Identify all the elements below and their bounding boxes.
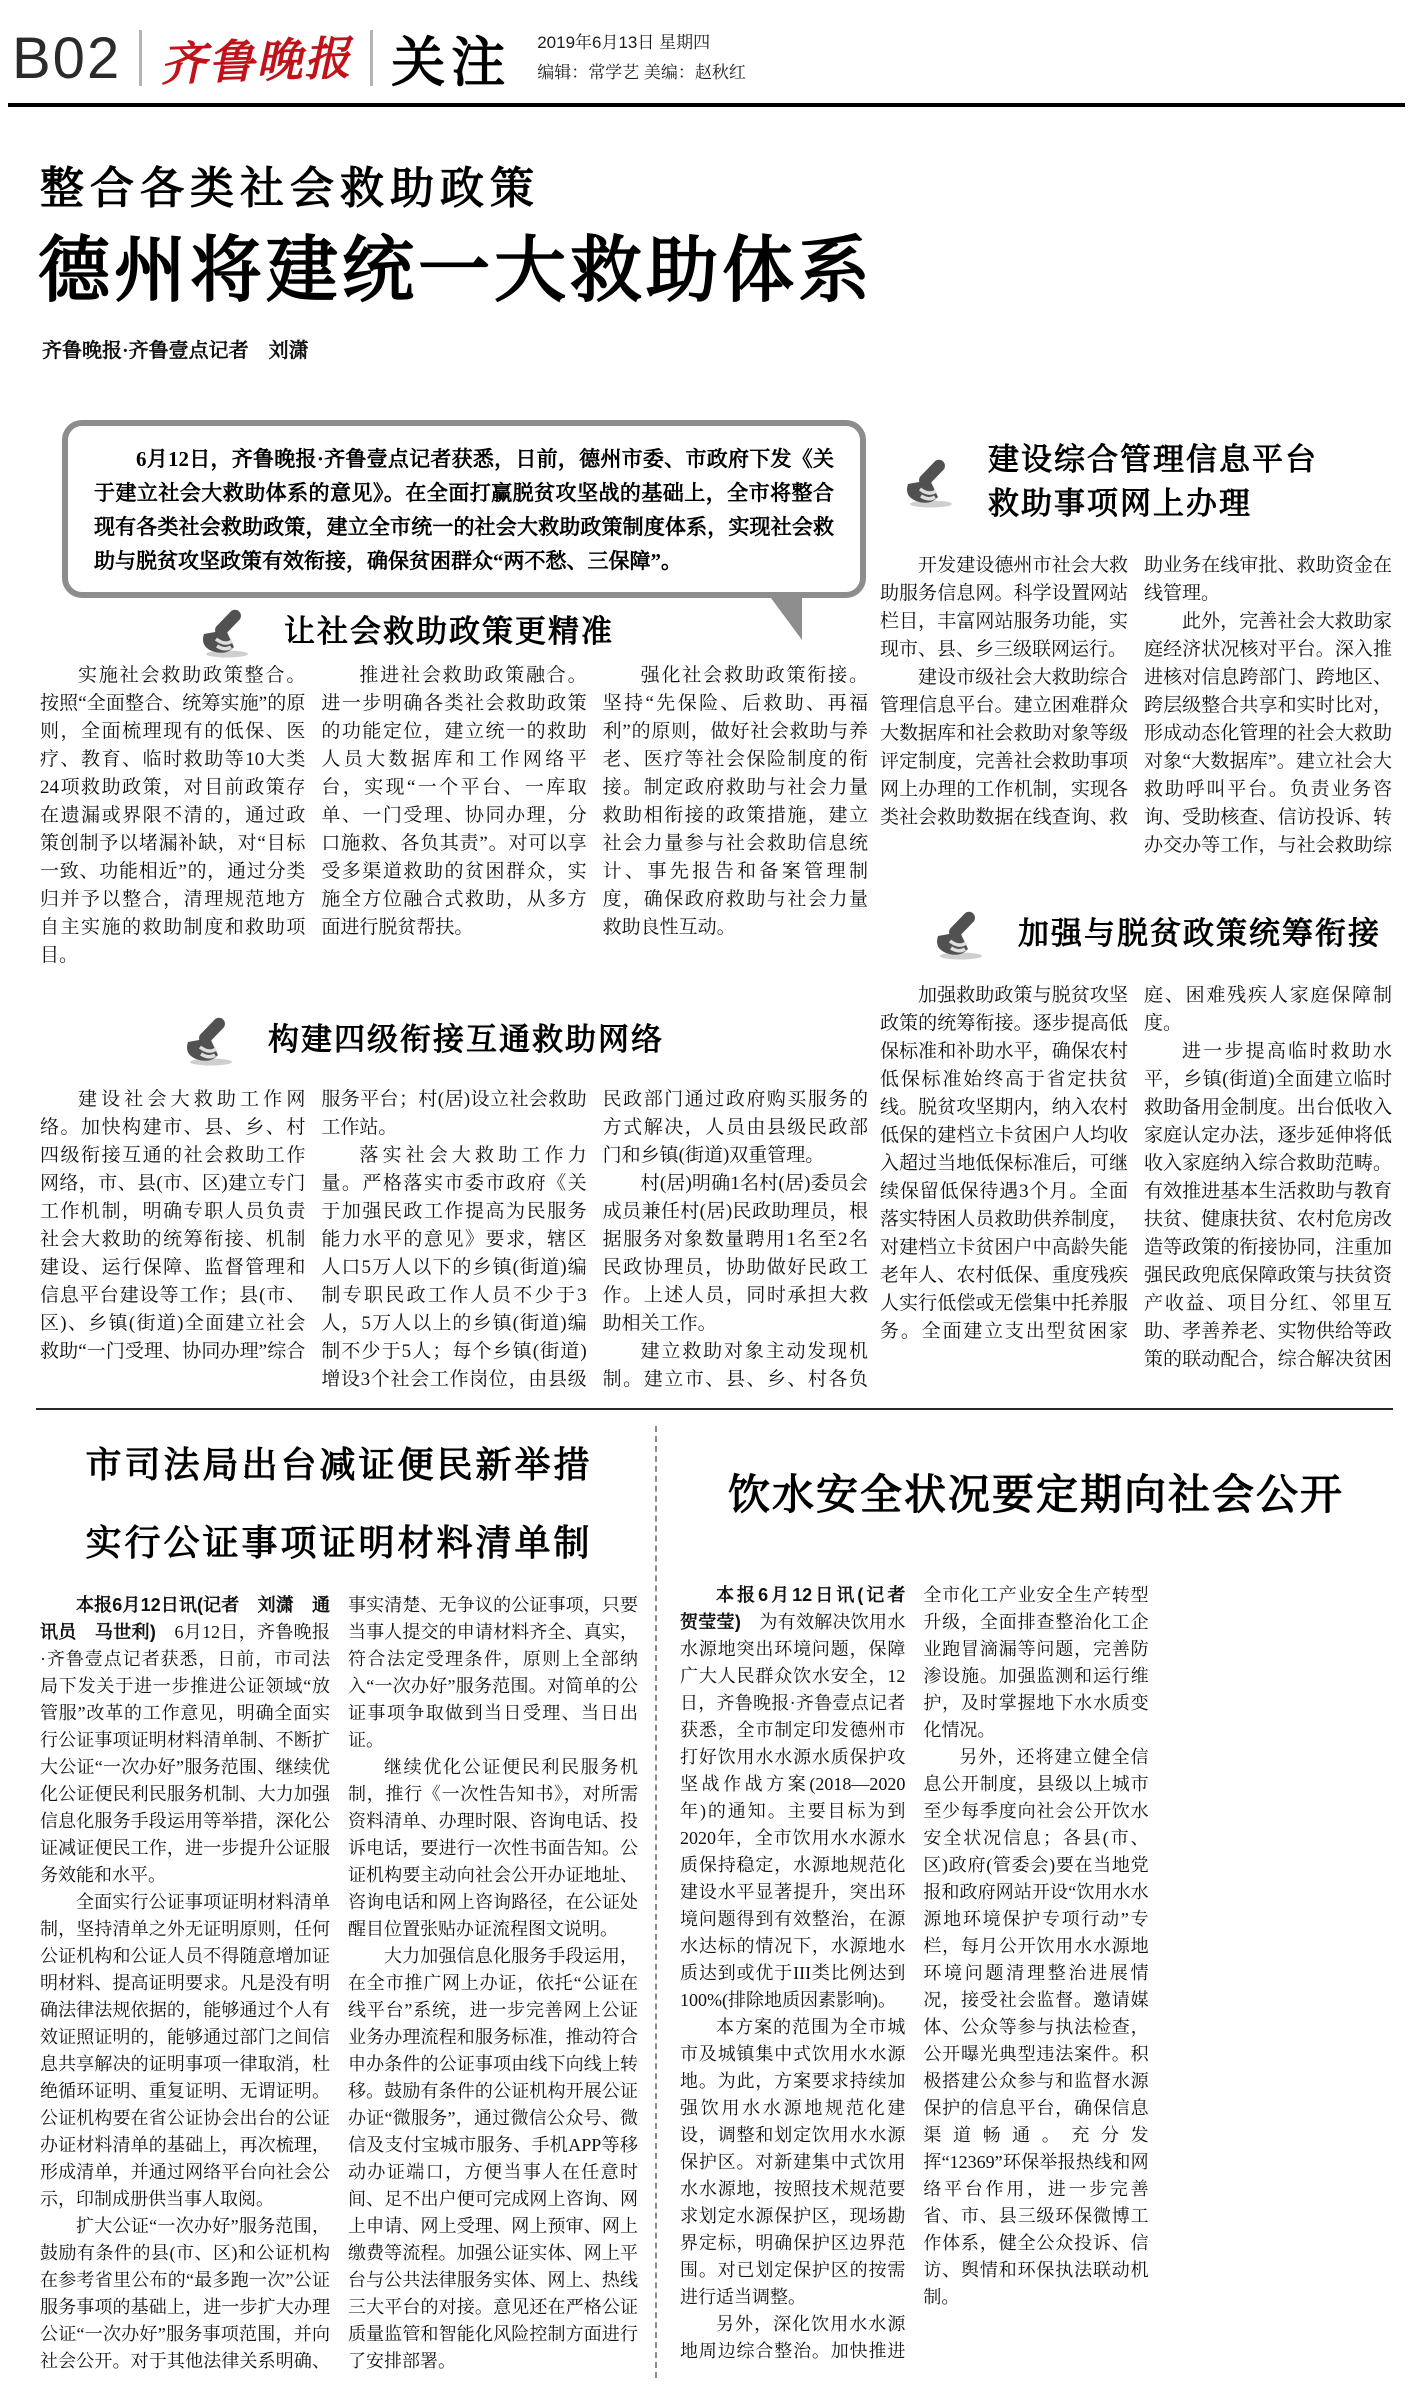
staff-line: 编辑：常学艺 美编：赵秋红 bbox=[537, 58, 746, 88]
section-title: 建设综合管理信息平台 救助事项网上办理 bbox=[988, 438, 1318, 526]
section-header-3: 建设综合管理信息平台 救助事项网上办理 bbox=[900, 438, 1318, 526]
section-header-1: 让社会救助政策更精准 bbox=[196, 606, 614, 658]
paragraph: 大力加强信息化服务手段运用，在全市推广网上办证，依托“公证在线平台”系统，进一步… bbox=[348, 1943, 638, 2375]
section-title: 构建四级衔接互通救助网络 bbox=[268, 1018, 664, 1062]
section-2-body: 建设社会大救助工作网络。加快构建市、县、乡、村四级衔接互通的社会救助工作网络，市… bbox=[40, 1086, 868, 1404]
paragraph: 本方案的范围为全市城市及城镇集中式饮用水水源地。为此，方案要求持续加强饮用水水源… bbox=[680, 2014, 905, 2311]
pointing-hand-icon bbox=[196, 606, 258, 658]
section-title-line1: 建设综合管理信息平台 bbox=[988, 438, 1318, 482]
lead-summary-text: 6月12日，齐鲁晚报·齐鲁壹点记者获悉，日前，德州市委、市政府下发《关于建立社会… bbox=[94, 442, 834, 578]
lead-kicker: 整合各类社会救助政策 bbox=[40, 152, 540, 216]
paragraph: 开发建设德州市社会大救助服务信息网。科学设置网站栏目，丰富网站服务功能，实现市、… bbox=[880, 552, 1128, 664]
bubble-tail bbox=[768, 594, 802, 640]
paragraph: 另外，还将建立健全信息公开制度，县级以上城市至少每季度向社会公开饮水安全状况信息… bbox=[923, 1744, 1148, 2311]
section-title: 加强与脱贫政策统筹衔接 bbox=[1018, 912, 1381, 956]
mid-rule bbox=[36, 1408, 1393, 1410]
paragraph: 本报6月12日讯(记者 刘潇 通讯员 马世利) 6月12日，齐鲁晚报·齐鲁壹点记… bbox=[40, 1592, 330, 1889]
bottom-right-body: 本报6月12日讯(记者 贺莹莹) 为有效解决饮用水水源地突出环境问题，保障广大人… bbox=[680, 1582, 1392, 2380]
paragraph: 全面实行公证事项证明材料清单制，坚持清单之外无证明原则，任何公证机构和公证人员不… bbox=[40, 1889, 330, 2213]
bottom-left-body: 本报6月12日讯(记者 刘潇 通讯员 马世利) 6月12日，齐鲁晚报·齐鲁壹点记… bbox=[40, 1592, 638, 2380]
section-title: 让社会救助政策更精准 bbox=[284, 610, 614, 654]
masthead-divider bbox=[370, 30, 373, 86]
pointing-hand-icon bbox=[900, 456, 962, 508]
section-name: 关注 bbox=[391, 20, 511, 97]
paragraph: 进一步提高临时救助水平，乡镇(街道)全面建立临时救助备用金制度。出台低收入家庭认… bbox=[1144, 982, 1392, 1396]
lead-byline: 齐鲁晚报·齐鲁壹点记者 刘潇 bbox=[42, 334, 309, 363]
paragraph: 村(居)明确1名村(居)委员会成员兼任村(居)民政助理员，根据服务对象数量聘用1… bbox=[603, 1170, 868, 1338]
pointing-hand-icon bbox=[930, 908, 992, 960]
page-number: B02 bbox=[12, 25, 121, 92]
date-line: 2019年6月13日 星期四 bbox=[537, 28, 746, 58]
section-3-body: 开发建设德州市社会大救助服务信息网。科学设置网站栏目，丰富网站服务功能，实现市、… bbox=[880, 552, 1392, 886]
paragraph: 继续优化公证便民利民服务机制，推行《一次性告知书》，对所需资料清单、办理时限、咨… bbox=[348, 1754, 638, 1943]
section-header-4: 加强与脱贫政策统筹衔接 bbox=[930, 908, 1381, 960]
article-divider-dashed bbox=[655, 1426, 657, 2378]
paragraph-text: 为有效解决饮用水水源地突出环境问题，保障广大人民群众饮水安全，12日，齐鲁晚报·… bbox=[680, 1612, 905, 2010]
newspaper-page: B02 齐鲁晚报 关注 2019年6月13日 星期四 编辑：常学艺 美编：赵秋红… bbox=[0, 0, 1413, 2395]
lead-summary-bubble: 6月12日，齐鲁晚报·齐鲁壹点记者获悉，日前，德州市委、市政府下发《关于建立社会… bbox=[62, 420, 866, 598]
section-title-line2: 救助事项网上办理 bbox=[988, 482, 1318, 526]
paragraph: 强化社会救助政策衔接。坚持“先保险、后救助、再福利”的原则，做好社会救助与养老、… bbox=[603, 662, 868, 942]
paragraph: 实施社会救助政策整合。按照“全面整合、统筹实施”的原则，全面梳理现有的低保、医疗… bbox=[40, 662, 305, 970]
paragraph: 本报6月12日讯(记者 贺莹莹) 为有效解决饮用水水源地突出环境问题，保障广大人… bbox=[680, 1582, 905, 2014]
lead-headline: 德州将建统一大救助体系 bbox=[38, 212, 888, 316]
pointing-hand-icon bbox=[180, 1014, 242, 1066]
bottom-right-headline: 饮水安全状况要定期向社会公开 bbox=[680, 1462, 1392, 1522]
section-1-body: 实施社会救助政策整合。按照“全面整合、统筹实施”的原则，全面梳理现有的低保、医疗… bbox=[40, 662, 868, 1010]
paragraph: 推进社会救助政策融合。进一步明确各类社会救助政策的功能定位，建立统一的救助人员大… bbox=[321, 662, 586, 942]
masthead-divider bbox=[139, 30, 142, 86]
bottom-left-headline: 市司法局出台减证便民新举措 实行公证事项证明材料清单制 bbox=[40, 1426, 638, 1582]
headline-line1: 市司法局出台减证便民新举措 bbox=[40, 1426, 638, 1504]
masthead-rule bbox=[8, 103, 1405, 107]
paragraph-text: 6月12日，齐鲁晚报·齐鲁壹点记者获悉，日前，市司法局下发关于进一步推进公证领域… bbox=[40, 1622, 330, 1885]
masthead: B02 齐鲁晚报 关注 2019年6月13日 星期四 编辑：常学艺 美编：赵秋红 bbox=[12, 14, 1401, 102]
newspaper-logo: 齐鲁晚报 bbox=[159, 22, 353, 95]
section-4-body: 加强救助政策与脱贫攻坚政策的统筹衔接。逐步提高低保标准和补助水平，确保农村低保标… bbox=[880, 982, 1392, 1396]
dateline-block: 2019年6月13日 星期四 编辑：常学艺 美编：赵秋红 bbox=[537, 28, 746, 88]
section-header-2: 构建四级衔接互通救助网络 bbox=[180, 1014, 664, 1066]
headline-line2: 实行公证事项证明材料清单制 bbox=[40, 1504, 638, 1582]
